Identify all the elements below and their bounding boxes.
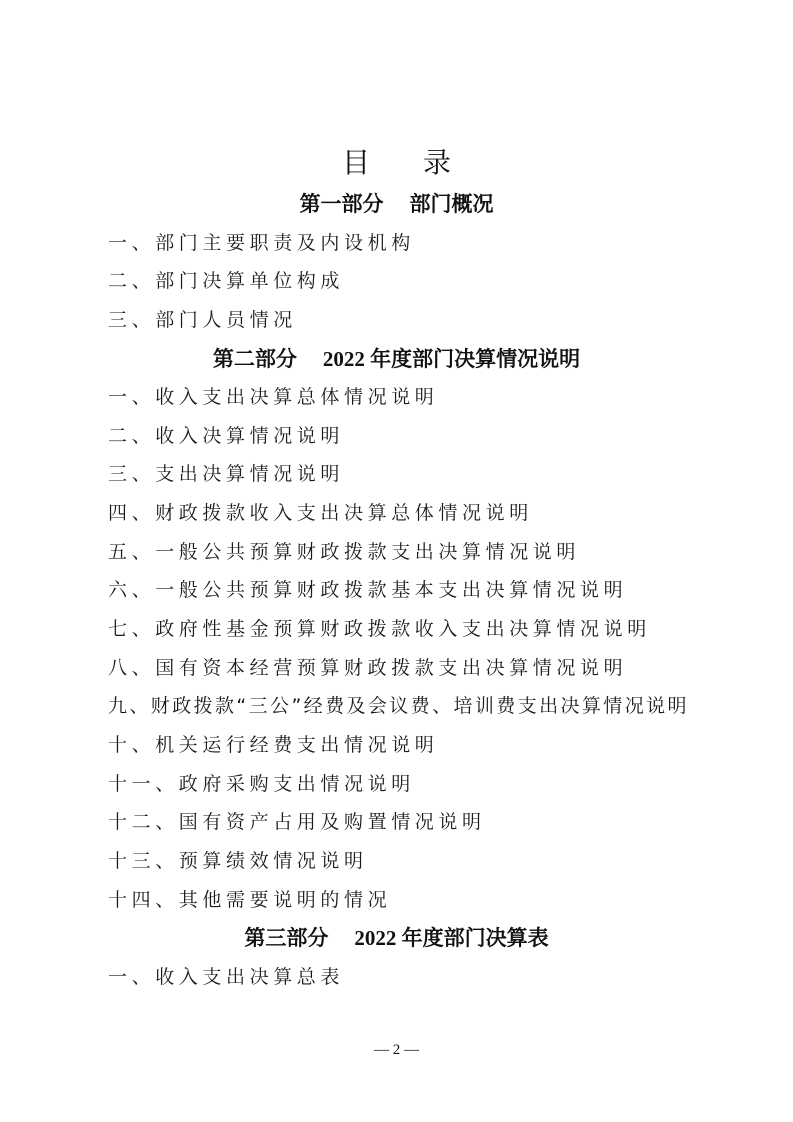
toc-item: 三、部门人员情况	[108, 301, 748, 340]
toc-item: 十二、国有资产占用及购置情况说明	[108, 803, 748, 842]
toc-item: 五、一般公共预算财政拨款支出决算情况说明	[108, 533, 748, 572]
section-heading-prefix: 第三部分	[244, 926, 328, 950]
toc-item: 六、一般公共预算财政拨款基本支出决算情况说明	[108, 571, 748, 610]
section-heading-text: 2022 年度部门决算表	[354, 926, 548, 950]
section-heading-prefix: 第一部分	[300, 192, 384, 216]
section-heading-part-3: 第三部分2022 年度部门决算表	[0, 919, 793, 958]
toc-item: 八、国有资本经营预算财政拨款支出决算情况说明	[108, 649, 748, 688]
toc-item: 九、财政拨款“三公”经费及会议费、培训费支出决算情况说明	[108, 687, 748, 726]
section-heading-text: 2022 年度部门决算情况说明	[323, 347, 580, 371]
section-heading-part-2: 第二部分2022 年度部门决算情况说明	[0, 340, 793, 379]
toc-item: 十一、政府采购支出情况说明	[108, 765, 748, 804]
section-heading-prefix: 第二部分	[213, 347, 297, 371]
toc-item: 十三、预算绩效情况说明	[108, 842, 748, 881]
toc-title: 目 录	[0, 145, 793, 181]
table-of-contents: 第一部分部门概况 一、部门主要职责及内设机构 二、部门决算单位构成 三、部门人员…	[108, 185, 748, 996]
toc-item: 二、收入决算情况说明	[108, 417, 748, 456]
toc-item: 七、政府性基金预算财政拨款收入支出决算情况说明	[108, 610, 748, 649]
toc-item: 四、财政拨款收入支出决算总体情况说明	[108, 494, 748, 533]
document-page: 目 录 第一部分部门概况 一、部门主要职责及内设机构 二、部门决算单位构成 三、…	[0, 0, 793, 1122]
toc-item: 十四、其他需要说明的情况	[108, 881, 748, 920]
toc-item: 一、部门主要职责及内设机构	[108, 224, 748, 263]
toc-item: 一、收入支出决算总体情况说明	[108, 378, 748, 417]
toc-item: 一、收入支出决算总表	[108, 958, 748, 997]
toc-item: 十、机关运行经费支出情况说明	[108, 726, 748, 765]
toc-item: 三、支出决算情况说明	[108, 455, 748, 494]
section-heading-text: 部门概况	[410, 192, 494, 216]
page-number: — 2 —	[0, 1042, 793, 1059]
section-heading-part-1: 第一部分部门概况	[0, 185, 793, 224]
toc-item: 二、部门决算单位构成	[108, 262, 748, 301]
